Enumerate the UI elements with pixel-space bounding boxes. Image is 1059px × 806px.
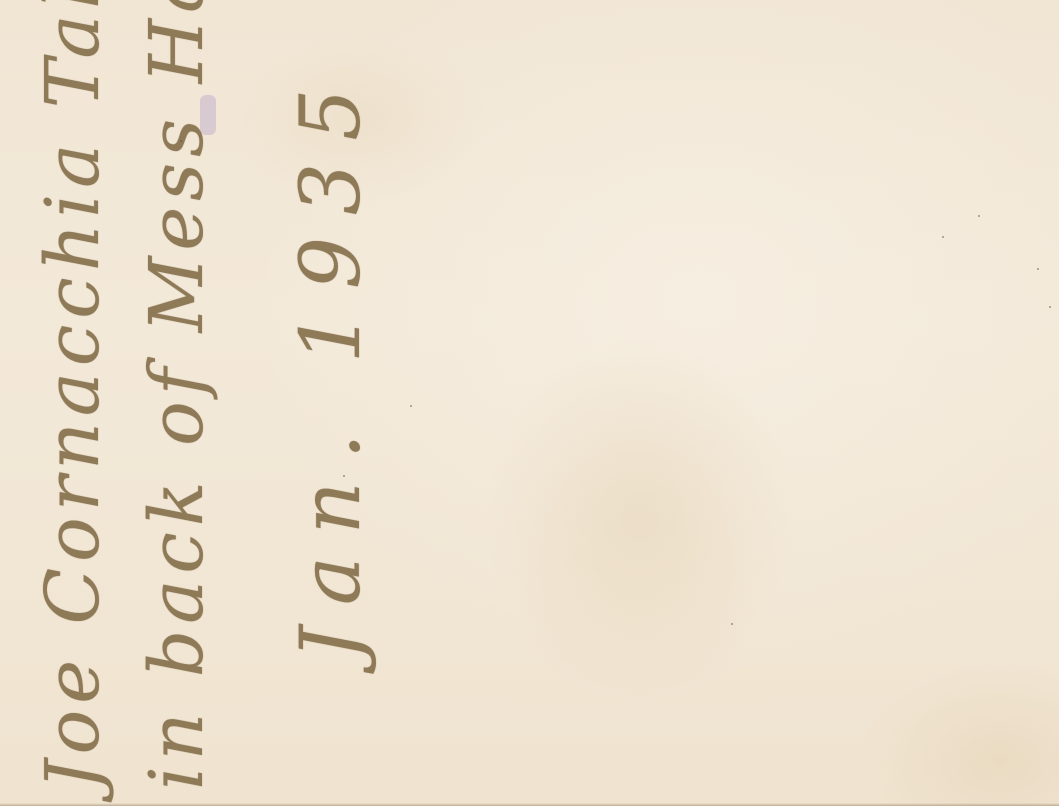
paper-speck	[180, 140, 182, 142]
paper-speck	[1049, 306, 1051, 308]
inscription-line-name: Joe Cornacchia Taken	[28, 0, 118, 790]
paper-speck	[410, 405, 412, 407]
paper-speck	[978, 215, 980, 217]
inscription-line-date: Jan. 1935	[282, 67, 382, 660]
paper-speck	[343, 475, 345, 477]
photo-back-paper: Joe Cornacchia Taken in back of Mess Hal…	[0, 0, 1059, 806]
paper-speck	[731, 623, 733, 625]
paper-speck	[1037, 268, 1039, 270]
inscription-line-location: in back of Mess Hall	[132, 0, 222, 790]
paper-speck	[942, 236, 944, 238]
